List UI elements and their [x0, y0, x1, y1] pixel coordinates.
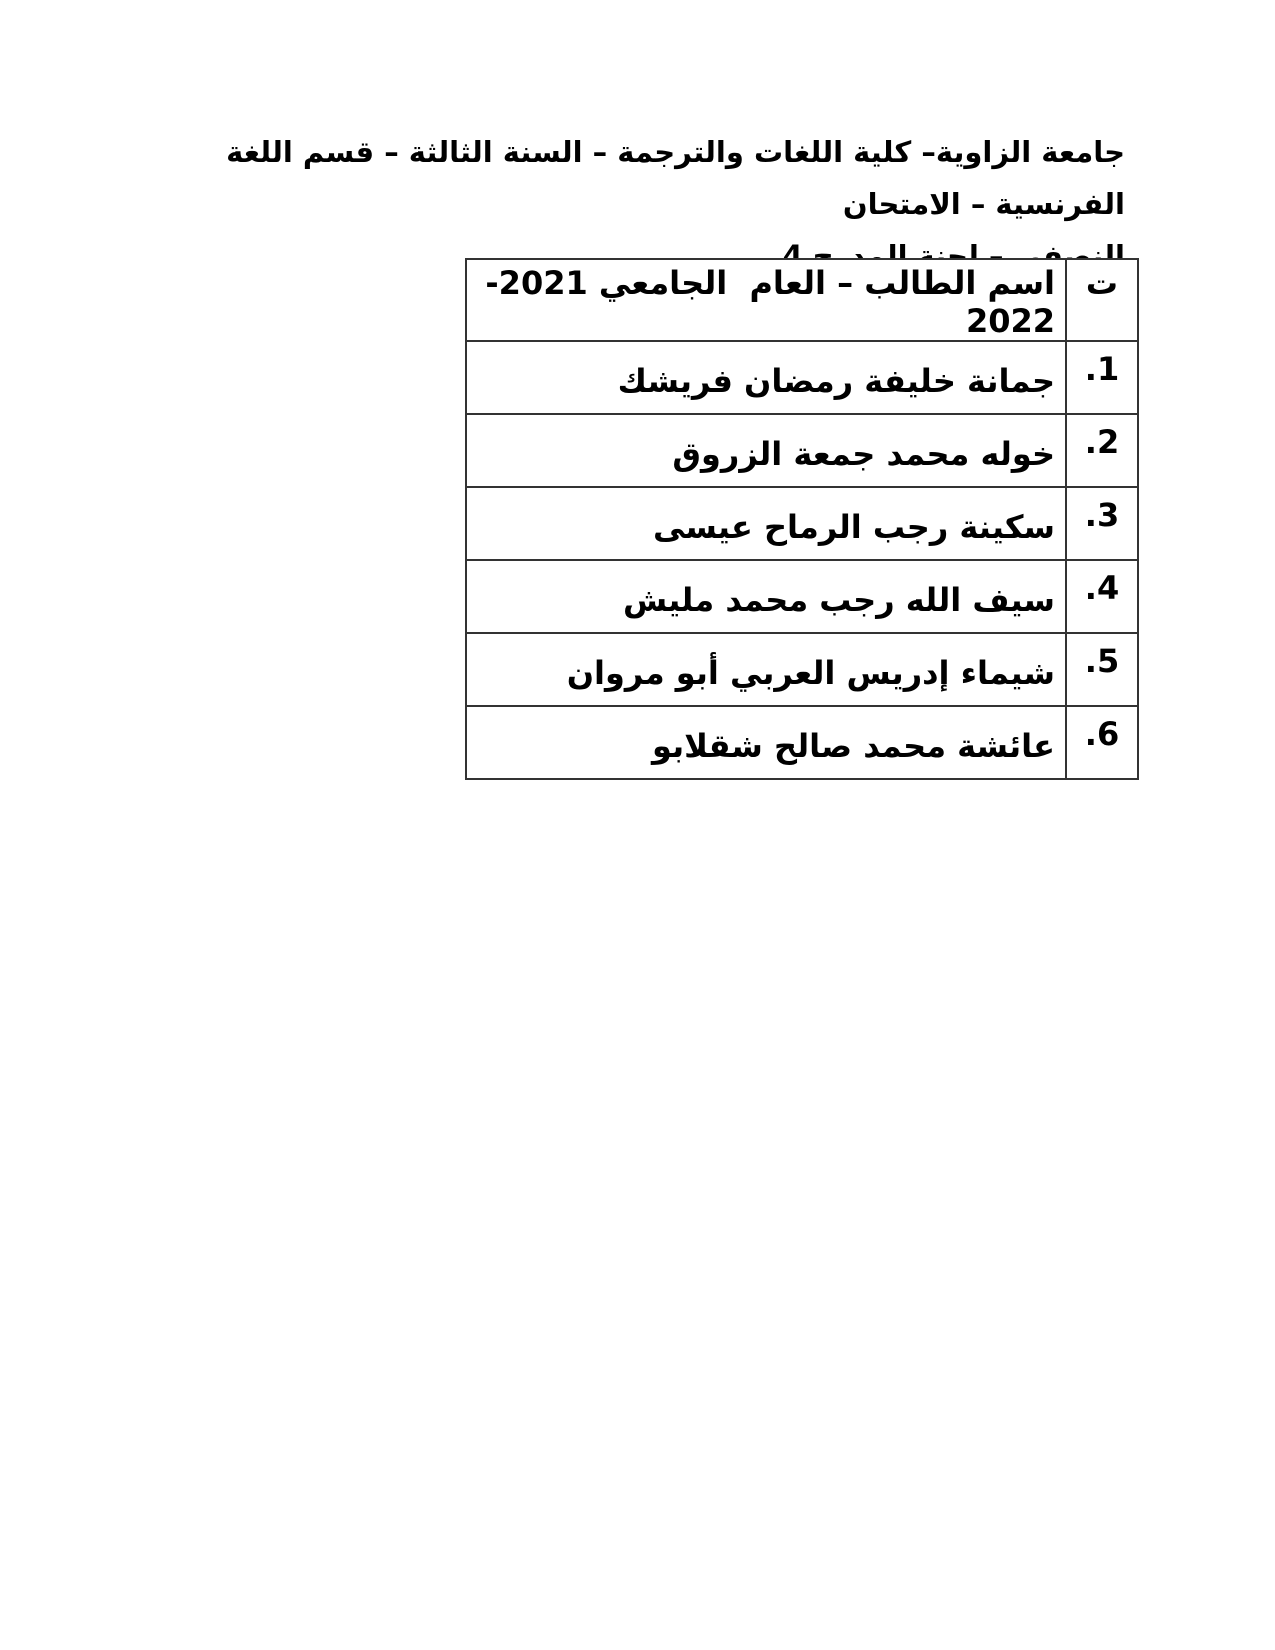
students-table-header: ت اسم الطالب – العام الجامعي 2021-2022 [466, 259, 1138, 341]
row-index-cell: 2. [1066, 414, 1138, 487]
table-row: 3. سكينة رجب الرماح عيسى [466, 487, 1138, 560]
header-row: ت اسم الطالب – العام الجامعي 2021-2022 [466, 259, 1138, 341]
table-row: 5. شيماء إدريس العربي أبو مروان [466, 633, 1138, 706]
students-table-body: 1. جمانة خليفة رمضان فريشك 2. خوله محمد … [466, 341, 1138, 779]
student-name-cell: سكينة رجب الرماح عيسى [466, 487, 1066, 560]
row-index-cell: 1. [1066, 341, 1138, 414]
student-name-cell: عائشة محمد صالح شقلابو [466, 706, 1066, 779]
document-page: جامعة الزاوية– كلية اللغات والترجمة – ال… [0, 0, 1275, 1650]
table-row: 4. سيف الله رجب محمد مليش [466, 560, 1138, 633]
column-header-index: ت [1066, 259, 1138, 341]
row-index-cell: 4. [1066, 560, 1138, 633]
table-row: 2. خوله محمد جمعة الزروق [466, 414, 1138, 487]
row-index-cell: 3. [1066, 487, 1138, 560]
students-table: ت اسم الطالب – العام الجامعي 2021-2022 1… [465, 258, 1139, 780]
table-row: 6. عائشة محمد صالح شقلابو [466, 706, 1138, 779]
student-name-cell: جمانة خليفة رمضان فريشك [466, 341, 1066, 414]
students-table-container: ت اسم الطالب – العام الجامعي 2021-2022 1… [465, 258, 1139, 780]
student-name-cell: خوله محمد جمعة الزروق [466, 414, 1066, 487]
document-header-line1: جامعة الزاوية– كلية اللغات والترجمة – ال… [150, 126, 1125, 230]
student-name-cell: شيماء إدريس العربي أبو مروان [466, 633, 1066, 706]
table-row: 1. جمانة خليفة رمضان فريشك [466, 341, 1138, 414]
column-header-student-name: اسم الطالب – العام الجامعي 2021-2022 [466, 259, 1066, 341]
student-name-cell: سيف الله رجب محمد مليش [466, 560, 1066, 633]
row-index-cell: 6. [1066, 706, 1138, 779]
row-index-cell: 5. [1066, 633, 1138, 706]
